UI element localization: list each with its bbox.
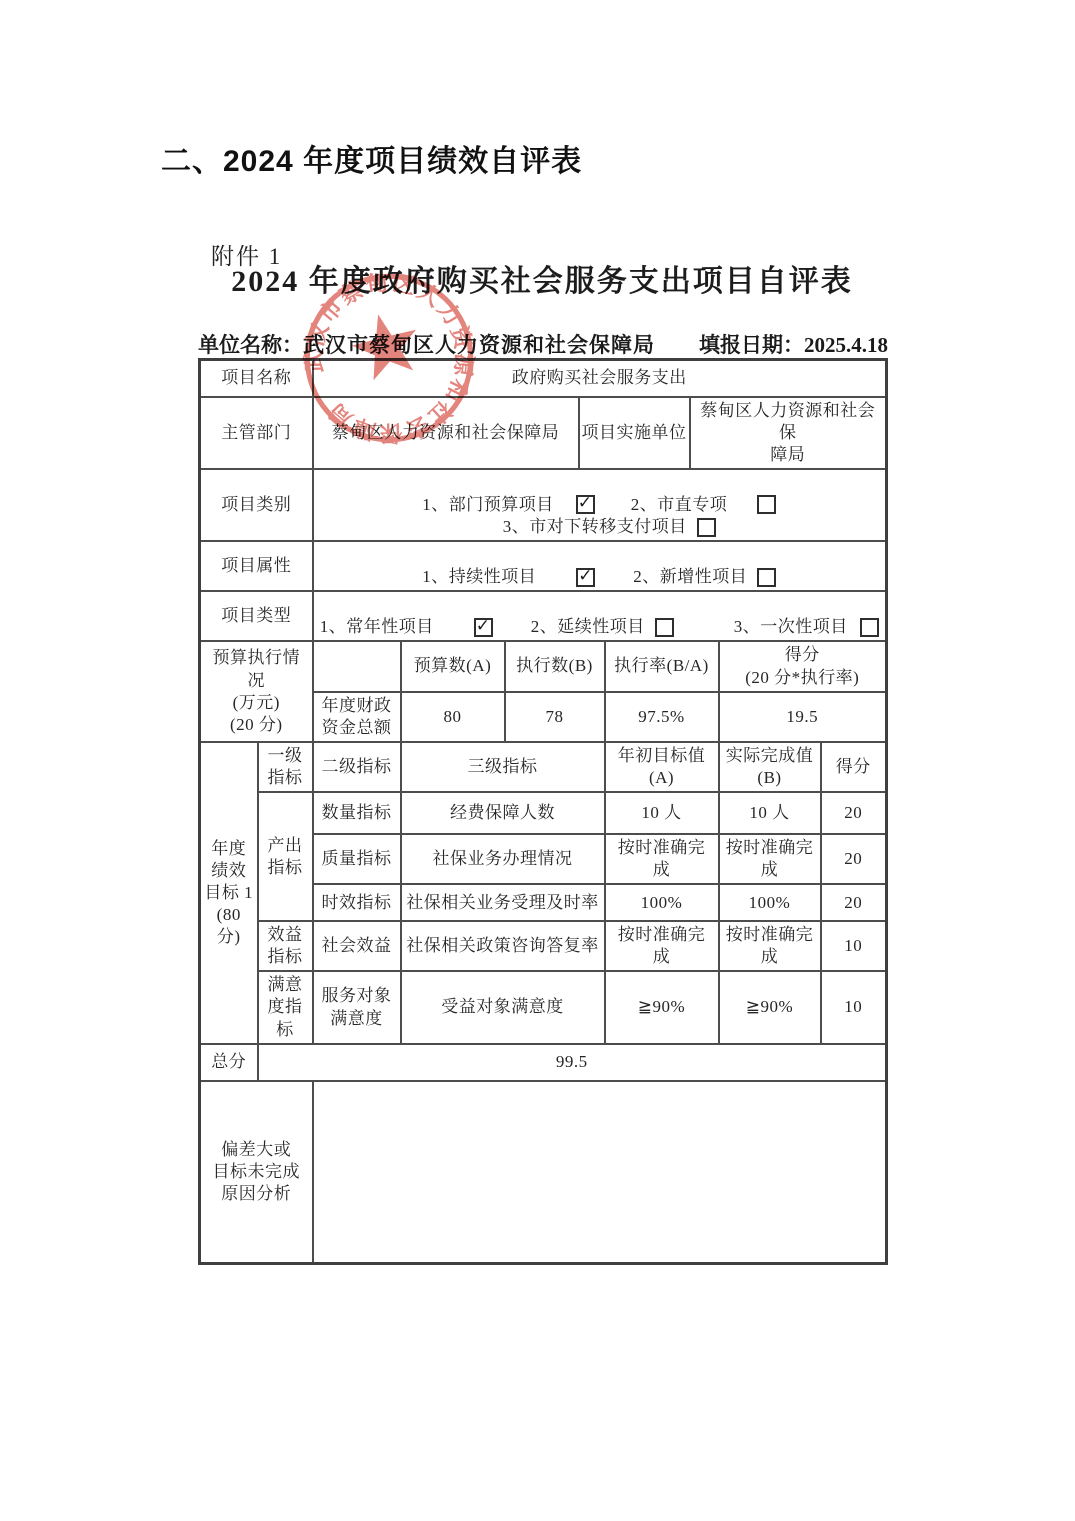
row-category: 项目类别 1、部门预算项目2、市直专项3、市对下转移支付项目	[200, 469, 887, 541]
project-name-label: 项目名称	[200, 360, 313, 397]
category-option-1-label: 1、部门预算项目	[422, 494, 554, 516]
unit-name: 单位名称：武汉市蔡甸区人力资源和社会保障局	[198, 329, 655, 359]
budget-col-rate: 执行率(B/A)	[605, 641, 719, 691]
row-budget-header: 预算执行情况 (万元) (20 分) 预算数(A) 执行数(B) 执行率(B/A…	[200, 641, 887, 691]
quantity-target: 10 人	[605, 792, 719, 834]
perf-group-label: 年度 绩效 目标 1 (80 分)	[200, 742, 258, 1044]
section-heading: 二、2024 年度项目绩效自评表	[161, 136, 582, 180]
impl-unit-value: 蔡甸区人力资源和社会保 障局	[690, 397, 887, 469]
row-benefit: 效益 指标 社会效益 社保相关政策咨询答复率 按时准确完 成 按时准确完 成 1…	[200, 921, 887, 971]
ptype-option-1-checkbox	[474, 618, 493, 637]
unit-name-label: 单位名称：	[198, 333, 303, 357]
row-quantity: 产出 指标 数量指标 经费保障人数 10 人 10 人 20	[200, 792, 887, 834]
quality-level3: 社保业务办理情况	[401, 834, 605, 884]
benefit-target: 按时准确完 成	[605, 921, 719, 971]
form-title: 2024 年度政府购买社会服务支出项目自评表	[198, 256, 886, 300]
benefit-actual: 按时准确完 成	[719, 921, 821, 971]
budget-col-budget: 预算数(A)	[401, 641, 505, 691]
unit-name-value: 武汉市蔡甸区人力资源和社会保障局	[303, 333, 655, 357]
ptype-option-3: 3、一次性项目	[734, 616, 879, 638]
category-option-2-checkbox	[757, 495, 776, 514]
total-value: 99.5	[258, 1044, 887, 1081]
attribute-options: 1、持续性项目2、新增性项目	[313, 541, 887, 591]
attribute-option-2-checkbox	[757, 568, 776, 587]
row-deviation: 偏差大或 目标未完成 原因分析	[200, 1081, 887, 1264]
satisfaction-score: 10	[821, 971, 887, 1043]
header-actual: 实际完成值 (B)	[719, 742, 821, 792]
timeliness-actual: 100%	[719, 884, 821, 921]
attribute-option-1-label: 1、持续性项目	[422, 566, 536, 588]
score-value: 19.5	[719, 692, 887, 742]
ptype-options: 1、常年性项目2、延续性项目3、一次性项目	[313, 591, 887, 641]
satisfaction-group-label: 满意 度指 标	[258, 971, 313, 1043]
row-project-name: 项目名称 政府购买社会服务支出	[200, 360, 887, 397]
category-option-3: 3、市对下转移支付项目	[503, 516, 716, 538]
attribute-option-1-checkbox	[576, 568, 595, 587]
total-label: 总分	[200, 1044, 258, 1081]
quantity-score: 20	[821, 792, 887, 834]
ptype-option-1: 1、常年性项目	[320, 616, 493, 638]
timeliness-level2: 时效指标	[313, 884, 401, 921]
budget-value: 80	[401, 692, 505, 742]
category-option-3-checkbox	[697, 518, 716, 537]
header-target: 年初目标值 (A)	[605, 742, 719, 792]
benefit-group-label: 效益 指标	[258, 921, 313, 971]
budget-row-label: 年度财政 资金总额	[313, 692, 401, 742]
satisfaction-level3: 受益对象满意度	[401, 971, 605, 1043]
timeliness-level3: 社保相关业务受理及时率	[401, 884, 605, 921]
deviation-value	[313, 1081, 887, 1264]
attribute-option-2: 2、新增性项目	[633, 566, 776, 588]
info-line: 单位名称：武汉市蔡甸区人力资源和社会保障局 填报日期：2025.4.18	[198, 329, 888, 359]
rate-value: 97.5%	[605, 692, 719, 742]
budget-blank-cell	[313, 641, 401, 691]
ptype-label: 项目类型	[200, 591, 313, 641]
header-level1: 一级 指标	[258, 742, 313, 792]
project-name-value: 政府购买社会服务支出	[313, 360, 887, 397]
row-total: 总分 99.5	[200, 1044, 887, 1081]
quality-score: 20	[821, 834, 887, 884]
attribute-option-1: 1、持续性项目	[422, 566, 595, 588]
impl-unit-label: 项目实施单位	[579, 397, 690, 469]
satisfaction-actual: ≧90%	[719, 971, 821, 1043]
header-level3: 三级指标	[401, 742, 605, 792]
budget-section-label: 预算执行情况 (万元) (20 分)	[200, 641, 313, 741]
timeliness-target: 100%	[605, 884, 719, 921]
category-options: 1、部门预算项目2、市直专项3、市对下转移支付项目	[313, 469, 887, 541]
ptype-option-2: 2、延续性项目	[531, 616, 674, 638]
quantity-actual: 10 人	[719, 792, 821, 834]
document-page: 二、2024 年度项目绩效自评表 附件 1 2024 年度政府购买社会服务支出项…	[0, 0, 1075, 1521]
row-dept: 主管部门 蔡甸区人力资源和社会保障局 项目实施单位 蔡甸区人力资源和社会保 障局	[200, 397, 887, 469]
category-option-1-checkbox	[576, 495, 595, 514]
ptype-option-2-label: 2、延续性项目	[531, 616, 645, 638]
attribute-option-2-label: 2、新增性项目	[633, 566, 747, 588]
deviation-label: 偏差大或 目标未完成 原因分析	[200, 1081, 313, 1264]
row-attribute: 项目属性 1、持续性项目2、新增性项目	[200, 541, 887, 591]
benefit-level2: 社会效益	[313, 921, 401, 971]
dept-label: 主管部门	[200, 397, 313, 469]
attribute-label: 项目属性	[200, 541, 313, 591]
category-option-2-label: 2、市直专项	[631, 494, 728, 516]
header-score: 得分	[821, 742, 887, 792]
benefit-level3: 社保相关政策咨询答复率	[401, 921, 605, 971]
category-option-1: 1、部门预算项目	[422, 494, 595, 516]
row-ptype: 项目类型 1、常年性项目2、延续性项目3、一次性项目	[200, 591, 887, 641]
ptype-option-1-label: 1、常年性项目	[320, 616, 434, 638]
category-option-2: 2、市直专项	[631, 494, 777, 516]
fill-date-label: 填报日期：	[699, 333, 804, 357]
quality-level2: 质量指标	[313, 834, 401, 884]
self-evaluation-table: 项目名称 政府购买社会服务支出 主管部门 蔡甸区人力资源和社会保障局 项目实施单…	[198, 358, 888, 1265]
category-label: 项目类别	[200, 469, 313, 541]
budget-col-exec: 执行数(B)	[505, 641, 605, 691]
quality-actual: 按时准确完 成	[719, 834, 821, 884]
ptype-option-3-checkbox	[860, 618, 879, 637]
output-group-label: 产出 指标	[258, 792, 313, 921]
quality-target: 按时准确完 成	[605, 834, 719, 884]
row-satisfaction: 满意 度指 标 服务对象 满意度 受益对象满意度 ≧90% ≧90% 10	[200, 971, 887, 1043]
fill-date: 填报日期：2025.4.18	[699, 329, 888, 359]
timeliness-score: 20	[821, 884, 887, 921]
dept-value: 蔡甸区人力资源和社会保障局	[313, 397, 579, 469]
fill-date-value: 2025.4.18	[804, 333, 888, 357]
category-option-3-label: 3、市对下转移支付项目	[503, 516, 687, 538]
quantity-level2: 数量指标	[313, 792, 401, 834]
ptype-option-2-checkbox	[655, 618, 674, 637]
quantity-level3: 经费保障人数	[401, 792, 605, 834]
header-level2: 二级指标	[313, 742, 401, 792]
benefit-score: 10	[821, 921, 887, 971]
exec-value: 78	[505, 692, 605, 742]
satisfaction-level2: 服务对象 满意度	[313, 971, 401, 1043]
satisfaction-target: ≧90%	[605, 971, 719, 1043]
ptype-option-3-label: 3、一次性项目	[734, 616, 848, 638]
row-indicator-header: 年度 绩效 目标 1 (80 分) 一级 指标 二级指标 三级指标 年初目标值 …	[200, 742, 887, 792]
budget-col-score: 得分 (20 分*执行率)	[719, 641, 887, 691]
